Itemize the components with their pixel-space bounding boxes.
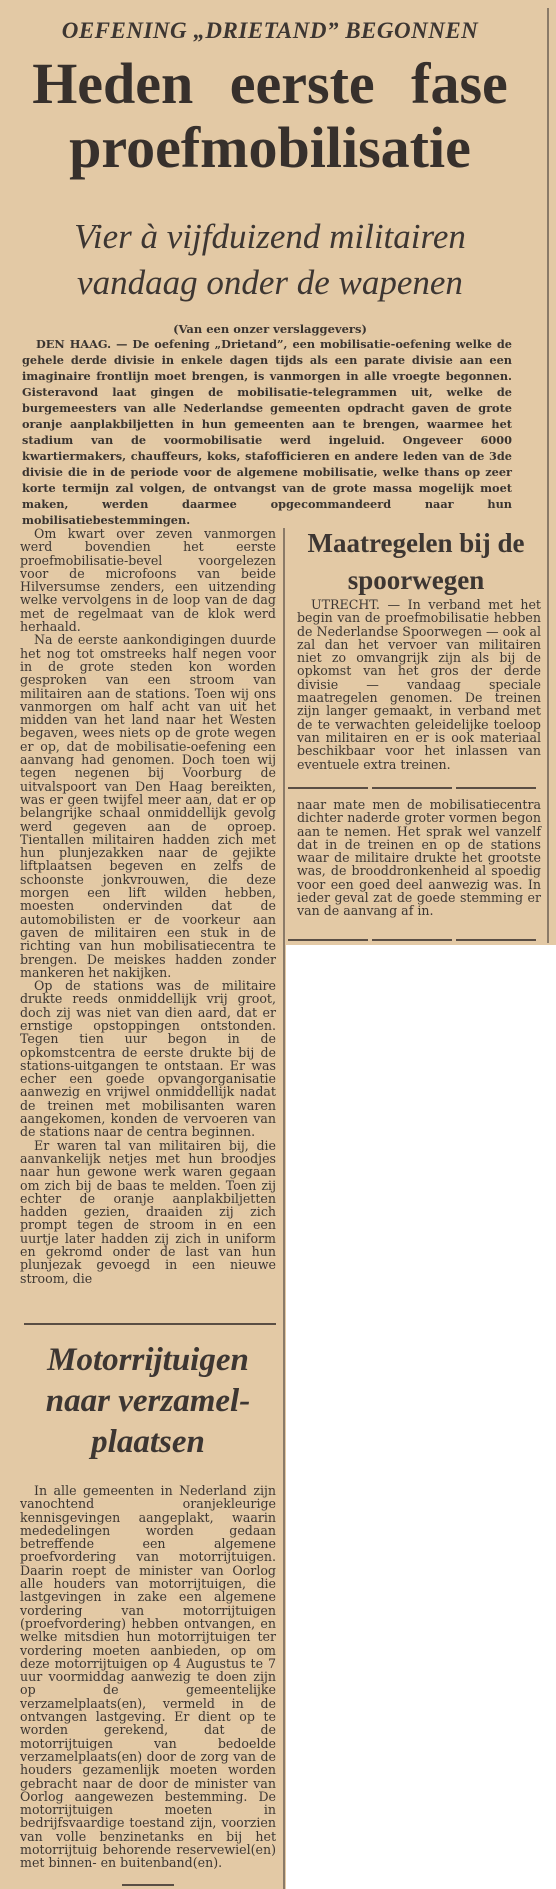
vehicles-body-paragraph: In alle gemeenten in Nederland zijn vano… [20,1484,276,1870]
body-paragraph: Op de stations was de militaire drukte r… [20,979,276,1139]
body-paragraph: Om kwart over zeven vanmorgen werd boven… [20,527,276,633]
railways-headline-line-2: spoorwegen [290,562,542,599]
article-headline: Heden eerste fase proefmobilisatie [0,52,540,180]
article-continuation-column: naar mate men de mobilisatiecentra dicht… [297,798,541,918]
section-divider-rule-dashed [288,939,540,941]
vehicles-headline-line-3: plaatsen [20,1422,276,1463]
subheadline-line-2: vandaag onder de wapenen [0,260,540,306]
column-divider [283,528,285,1889]
railways-body-column: UTRECHT. — In verband met het begin van … [297,598,541,771]
article-body-column: Om kwart over zeven vanmorgen werd boven… [20,527,276,1285]
vehicles-headline-line-2: naar verzamel- [20,1381,276,1422]
article-kicker: OEFENING „DRIETAND” BEGONNEN [0,18,540,44]
railways-body-paragraph: UTRECHT. — In verband met het begin van … [297,598,541,771]
section-divider-rule-dashed [288,787,540,789]
body-paragraph: Er waren tal van militairen bij, die aan… [20,1139,276,1285]
vehicles-headline: Motorrijtuigen naar verzamel- plaatsen [20,1340,276,1463]
end-rule [122,1884,174,1886]
railways-headline: Maatregelen bij de spoorwegen [290,525,542,599]
body-paragraph: Na de eerste aankondigingen duurde het n… [20,633,276,979]
headline-line-1: Heden eerste fase [0,52,540,116]
railways-headline-line-1: Maatregelen bij de [290,525,542,562]
section-divider-rule [24,1323,276,1325]
vehicles-headline-line-1: Motorrijtuigen [20,1340,276,1381]
article-lead-paragraph: DEN HAAG. — De oefening „Drietand”, een … [22,336,512,528]
article-byline: (Van een onzer verslaggevers) [0,322,540,336]
continuation-paragraph: naar mate men de mobilisatiecentra dicht… [297,798,541,918]
vehicles-body-column: In alle gemeenten in Nederland zijn vano… [20,1484,276,1870]
article-subheadline: Vier à vijfduizend militairen vandaag on… [0,214,540,306]
column-border-right [547,8,549,943]
headline-line-2: proefmobilisatie [69,115,471,180]
subheadline-line-1: Vier à vijfduizend militairen [0,214,540,260]
